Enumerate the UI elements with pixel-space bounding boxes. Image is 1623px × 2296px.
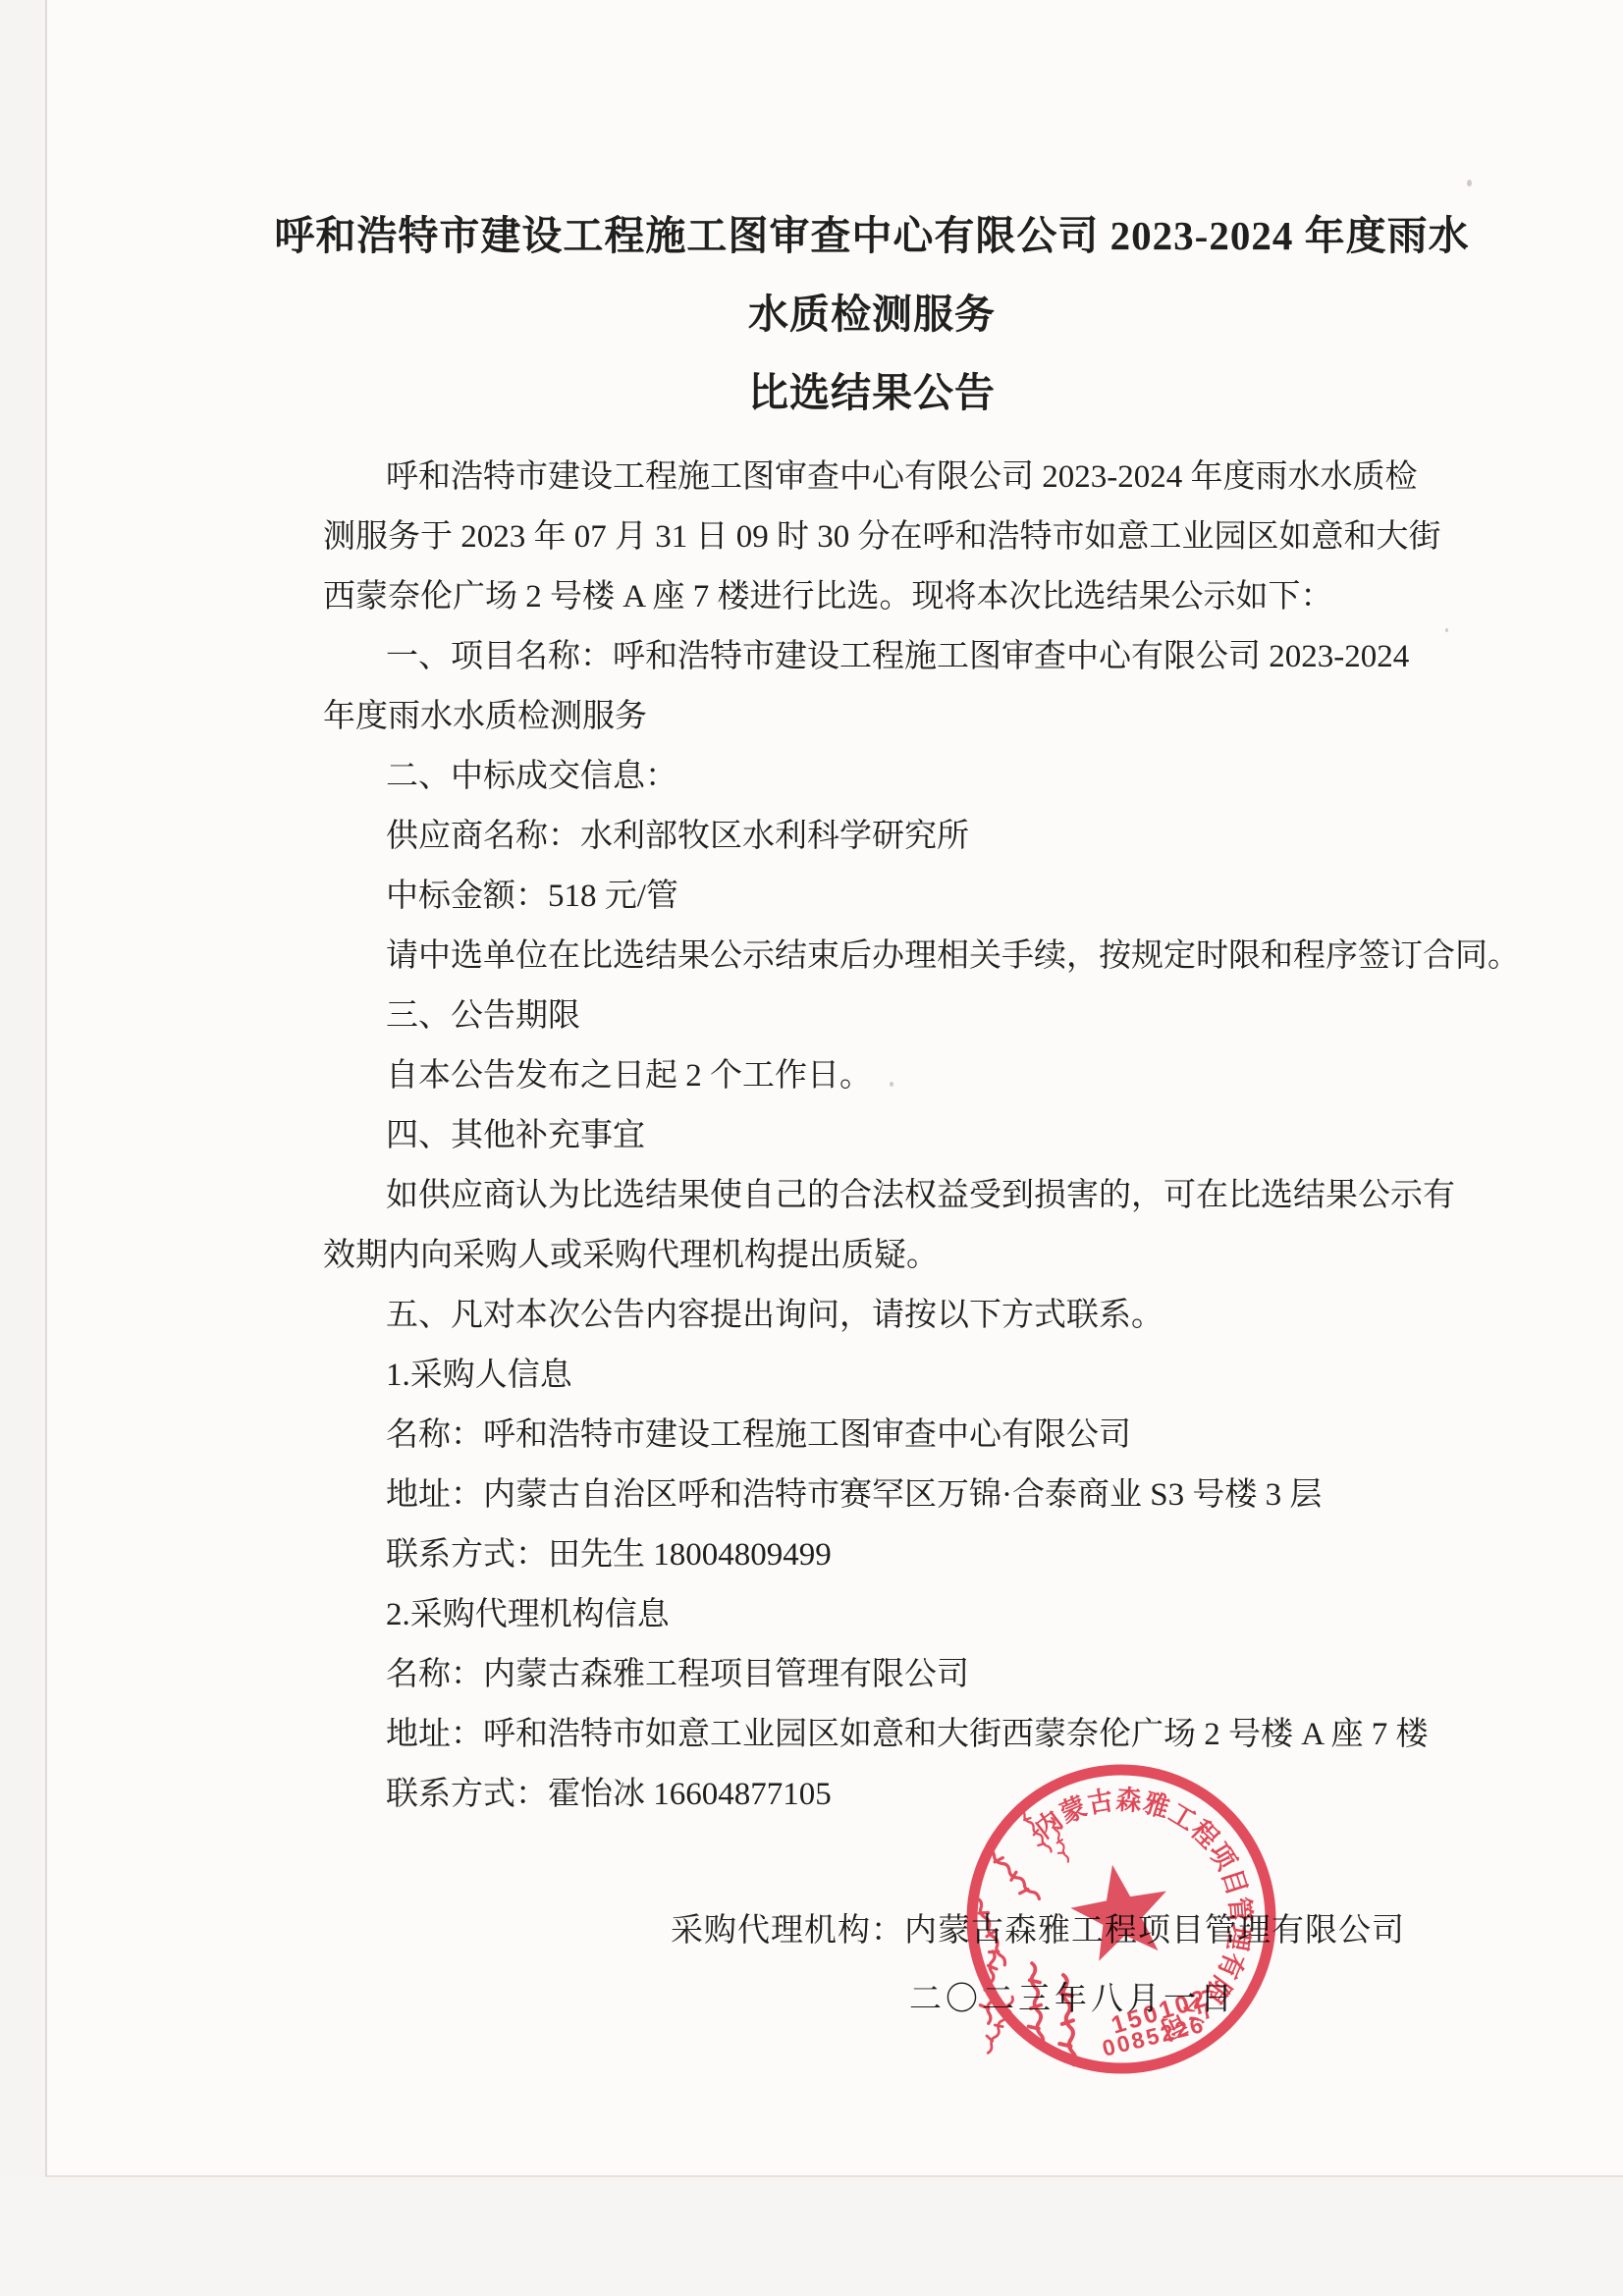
body-line: 供应商名称：水利部牧区水利科学研究所 [323, 807, 1462, 867]
body-line: 1.采购人信息 [323, 1346, 1462, 1406]
body-line: 年度雨水水质检测服务 [323, 687, 1462, 747]
body-line: 自本公告发布之日起 2 个工作日。 [323, 1046, 1462, 1106]
body-line: 西蒙奈伦广场 2 号楼 A 座 7 楼进行比选。现将本次比选结果公示如下： [323, 567, 1462, 627]
title-line-1: 呼和浩特市建设工程施工图审查中心有限公司 2023-2024 年度雨水 [243, 196, 1500, 275]
signature-agency-line: 采购代理机构：内蒙古森雅工程项目管理有限公司 [323, 1905, 1405, 1956]
body-line: 地址：呼和浩特市如意工业园区如意和大街西蒙奈伦广场 2 号楼 A 座 7 楼 [323, 1705, 1462, 1765]
body-line: 联系方式：田先生 18004809499 [323, 1525, 1462, 1585]
body-line: 名称：内蒙古森雅工程项目管理有限公司 [323, 1645, 1462, 1705]
scan-speck [890, 1082, 893, 1087]
body-line: 地址：内蒙古自治区呼和浩特市赛罕区万锦·合泰商业 S3 号楼 3 层 [323, 1466, 1462, 1525]
document-title: 呼和浩特市建设工程施工图审查中心有限公司 2023-2024 年度雨水 水质检测… [243, 196, 1500, 432]
title-line-3: 比选结果公告 [243, 353, 1500, 432]
body-line: 呼和浩特市建设工程施工图审查中心有限公司 2023-2024 年度雨水水质检 [323, 448, 1462, 507]
scan-background [0, 2177, 1623, 2296]
document-page: 呼和浩特市建设工程施工图审查中心有限公司 2023-2024 年度雨水 水质检测… [45, 0, 1623, 2177]
signature-date-line: 二〇二三年八月一日 [909, 1974, 1236, 2025]
body-line: 2.采购代理机构信息 [323, 1585, 1462, 1645]
scan-speck [1445, 628, 1448, 632]
body-line: 请中选单位在比选结果公示结束后办理相关手续，按规定时限和程序签订合同。 [323, 927, 1462, 987]
body-line: 联系方式：霍怡冰 16604877105 [323, 1765, 1462, 1825]
body-line: 效期内向采购人或采购代理机构提出质疑。 [323, 1226, 1462, 1286]
body-line: 中标金额：518 元/管 [323, 867, 1462, 927]
body-line: 五、凡对本次公告内容提出询问，请按以下方式联系。 [323, 1286, 1462, 1346]
body-line: 四、其他补充事宜 [323, 1106, 1462, 1166]
document-body: 呼和浩特市建设工程施工图审查中心有限公司 2023-2024 年度雨水水质检 测… [323, 448, 1462, 1825]
body-line: 三、公告期限 [323, 987, 1462, 1046]
body-line: 如供应商认为比选结果使自己的合法权益受到损害的，可在比选结果公示有 [323, 1166, 1462, 1226]
body-line: 名称：呼和浩特市建设工程施工图审查中心有限公司 [323, 1406, 1462, 1466]
body-line: 一、项目名称：呼和浩特市建设工程施工图审查中心有限公司 2023-2024 [323, 627, 1462, 687]
title-line-2: 水质检测服务 [243, 275, 1500, 353]
scan-speck [1467, 180, 1472, 187]
body-line: 测服务于 2023 年 07 月 31 日 09 时 30 分在呼和浩特市如意工… [323, 507, 1462, 567]
body-line: 二、中标成交信息： [323, 747, 1462, 807]
